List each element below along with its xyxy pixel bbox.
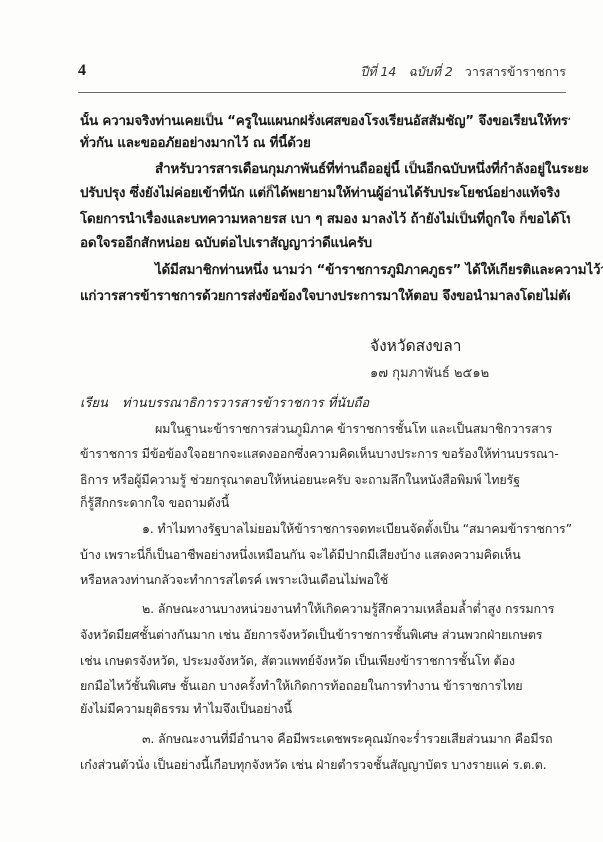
letter-line: ธิการ หรือผู้มีความรู้ ช่วยกรุณาตอบให้หน… xyxy=(80,470,570,490)
letter-line: หรือหลวงท่านกลัวจะทำการสไตรค์ เพราะเงินเ… xyxy=(80,570,570,590)
letter-line: ก็รู้สึกกระดากใจ ขอถามดังนี้ xyxy=(80,493,570,513)
document-page: 4 ปีที่ 14 ฉบับที่ 2 วารสารข้าราชการ นั้… xyxy=(0,0,603,842)
letter-line: เช่น เกษตรจังหวัด, ประมงจังหวัด, สัตวแพท… xyxy=(80,651,570,671)
letter-line: บ้าง เพราะนี่ก็เป็นอาชีพอย่างหนึ่งเหมือน… xyxy=(80,545,570,565)
letter-date: ๑๗ กุมภาพันธ์ ๒๕๑๒ xyxy=(370,362,489,383)
editorial-line: อดใจรออีกสักหน่อย ฉบับต่อไปเราสัญญาว่าดี… xyxy=(80,234,570,254)
editorial-line: สำหรับวารสารเดือนกุมภาพันธ์ที่ท่านถืออยู… xyxy=(80,160,603,180)
letter-line: ๒. ลักษณะงานบางหน่วยงานทำให้เกิดความรู้ส… xyxy=(80,599,603,619)
editorial-line: แก่วารสารข้าราชการด้วยการส่งข้อข้องใจบาง… xyxy=(80,287,570,307)
letter-line: ๑. ทำไมทางรัฐบาลไม่ยอมให้ข้าราชการจดทะเบ… xyxy=(80,519,603,539)
editorial-line: ทั่วกัน และขออภัยอย่างมากไว้ ณ ที่นี้ด้ว… xyxy=(80,134,570,154)
running-head-title: วารสารข้าราชการ xyxy=(465,64,566,79)
editorial-line: ปรับปรุง ซึ่งยังไม่ค่อยเข้าที่นัก แต่ก็ไ… xyxy=(80,184,570,204)
page-header: 4 ปีที่ 14 ฉบับที่ 2 วารสารข้าราชการ xyxy=(78,62,566,84)
letter-province: จังหวัดสงขลา xyxy=(370,333,461,358)
letter-line: ข้าราชการ มีข้อข้องใจอยากจะแสดงออกซึ่งคว… xyxy=(80,444,570,464)
letter-line: จังหวัดมียศชั้นต่างกันมาก เช่น อัยการจัง… xyxy=(80,625,570,645)
running-head-volume: ปีที่ 14 xyxy=(360,64,396,79)
running-head: ปีที่ 14 ฉบับที่ 2 วารสารข้าราชการ xyxy=(360,62,566,82)
letter-line: ๓. ลักษณะงานที่มีอำนาจ คือมีพระเดชพระคุณ… xyxy=(80,729,603,749)
page-number: 4 xyxy=(78,62,86,80)
letter-line: ยังไม่มีความยุติธรรม ทำไมจึงเป็นอย่างนี้ xyxy=(80,699,570,719)
editorial-line: โดยการนำเรื่องและบทความหลายรส เบา ๆ สมอง… xyxy=(80,210,570,230)
editorial-line: ได้มีสมาชิกท่านหนึ่ง นามว่า “ข้าราชการภู… xyxy=(80,261,603,281)
header-divider xyxy=(78,92,566,93)
letter-line: ผมในฐานะข้าราชการส่วนภูมิภาค ข้าราชการชั… xyxy=(80,419,603,439)
running-head-issue: ฉบับที่ 2 xyxy=(408,64,453,79)
letter-salutation: เรียนท่านบรรณาธิการวารสารข้าราชการ ที่นั… xyxy=(80,392,369,413)
letter-line: ยกมือไหว้ชั้นพิเศษ ชั้นเอก บางครั้งทำให้… xyxy=(80,676,570,696)
editorial-line: นั้น ความจริงท่านเคยเป็น “ครูในแผนกฝรั่ง… xyxy=(80,112,570,132)
salutation-recipient: ท่านบรรณาธิการวารสารข้าราชการ ที่นับถือ xyxy=(122,396,369,411)
letter-line: เก๋งส่วนตัวนั่ง เป็นอย่างนี้เกือบทุกจังห… xyxy=(80,755,570,775)
salutation-label: เรียน xyxy=(80,396,108,411)
